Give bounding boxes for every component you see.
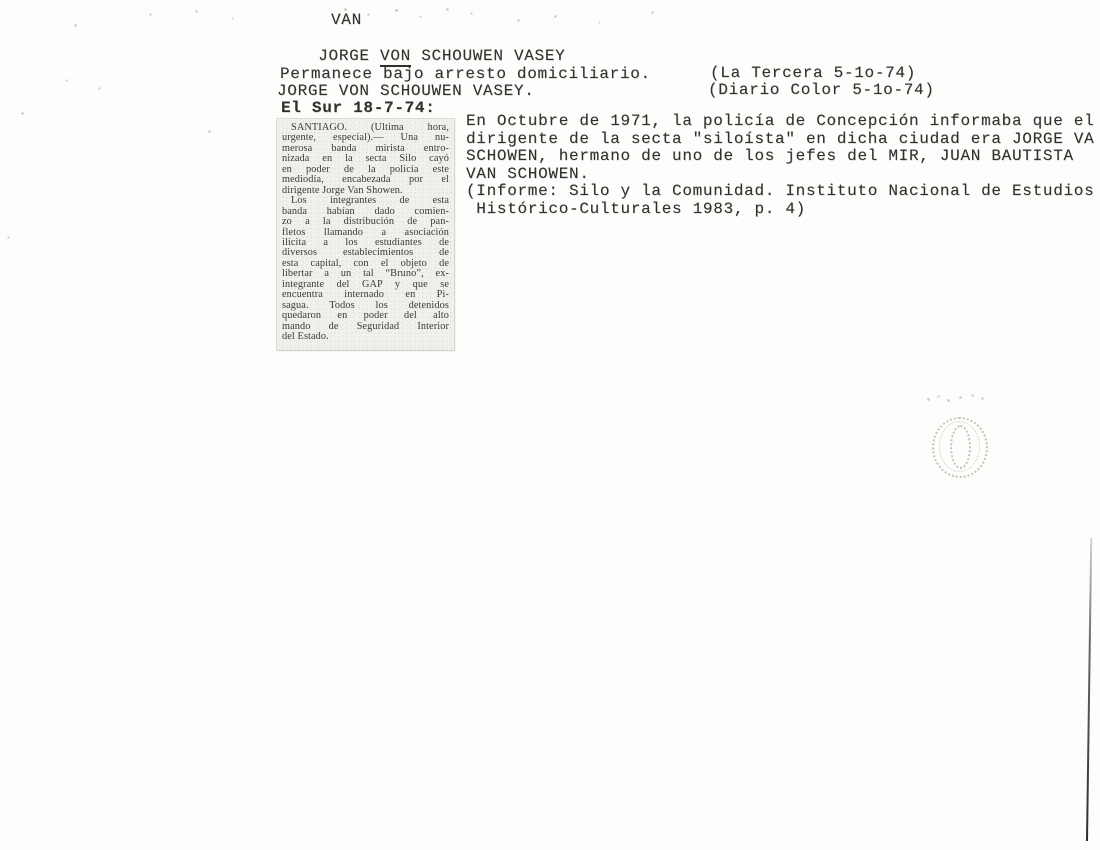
entry-statement-2: JORGE VON SCHOUWEN VASEY. (277, 83, 535, 101)
body-annotation: En Octubre de 1971, la policía de Concep… (466, 113, 1094, 218)
section-heading: El Sur 18-7-74: (281, 100, 436, 118)
subject-name-part1: JORGE (318, 47, 380, 65)
newspaper-clipping: SANTIAGO. (Ultima hora, urgente, especia… (277, 119, 454, 350)
entry-citation-2: (Diario Color 5-1o-74) (708, 82, 935, 100)
clipping-line: zo a la distribución de pan- (282, 217, 449, 227)
entry-citation-1: (La Tercera 5-1o-74) (710, 65, 916, 83)
seal-inner-ring (950, 425, 971, 469)
subject-name-von-underlined: VON (380, 47, 411, 67)
correction-overtype: VAN (331, 12, 362, 30)
scan-artifact-line (1086, 538, 1092, 841)
embossed-seal-icon (929, 410, 993, 480)
subject-name-part2: SCHOUWEN VASEY (411, 47, 566, 65)
paper-speckles (0, 0, 1, 1)
entry-statement-1: Permanece bajo arresto domiciliario. (280, 66, 651, 84)
clipping-line: del Estado. (282, 332, 449, 342)
scanned-archive-page: VAN JORGE VON SCHOUWEN VASEY Permanece b… (0, 0, 1100, 850)
